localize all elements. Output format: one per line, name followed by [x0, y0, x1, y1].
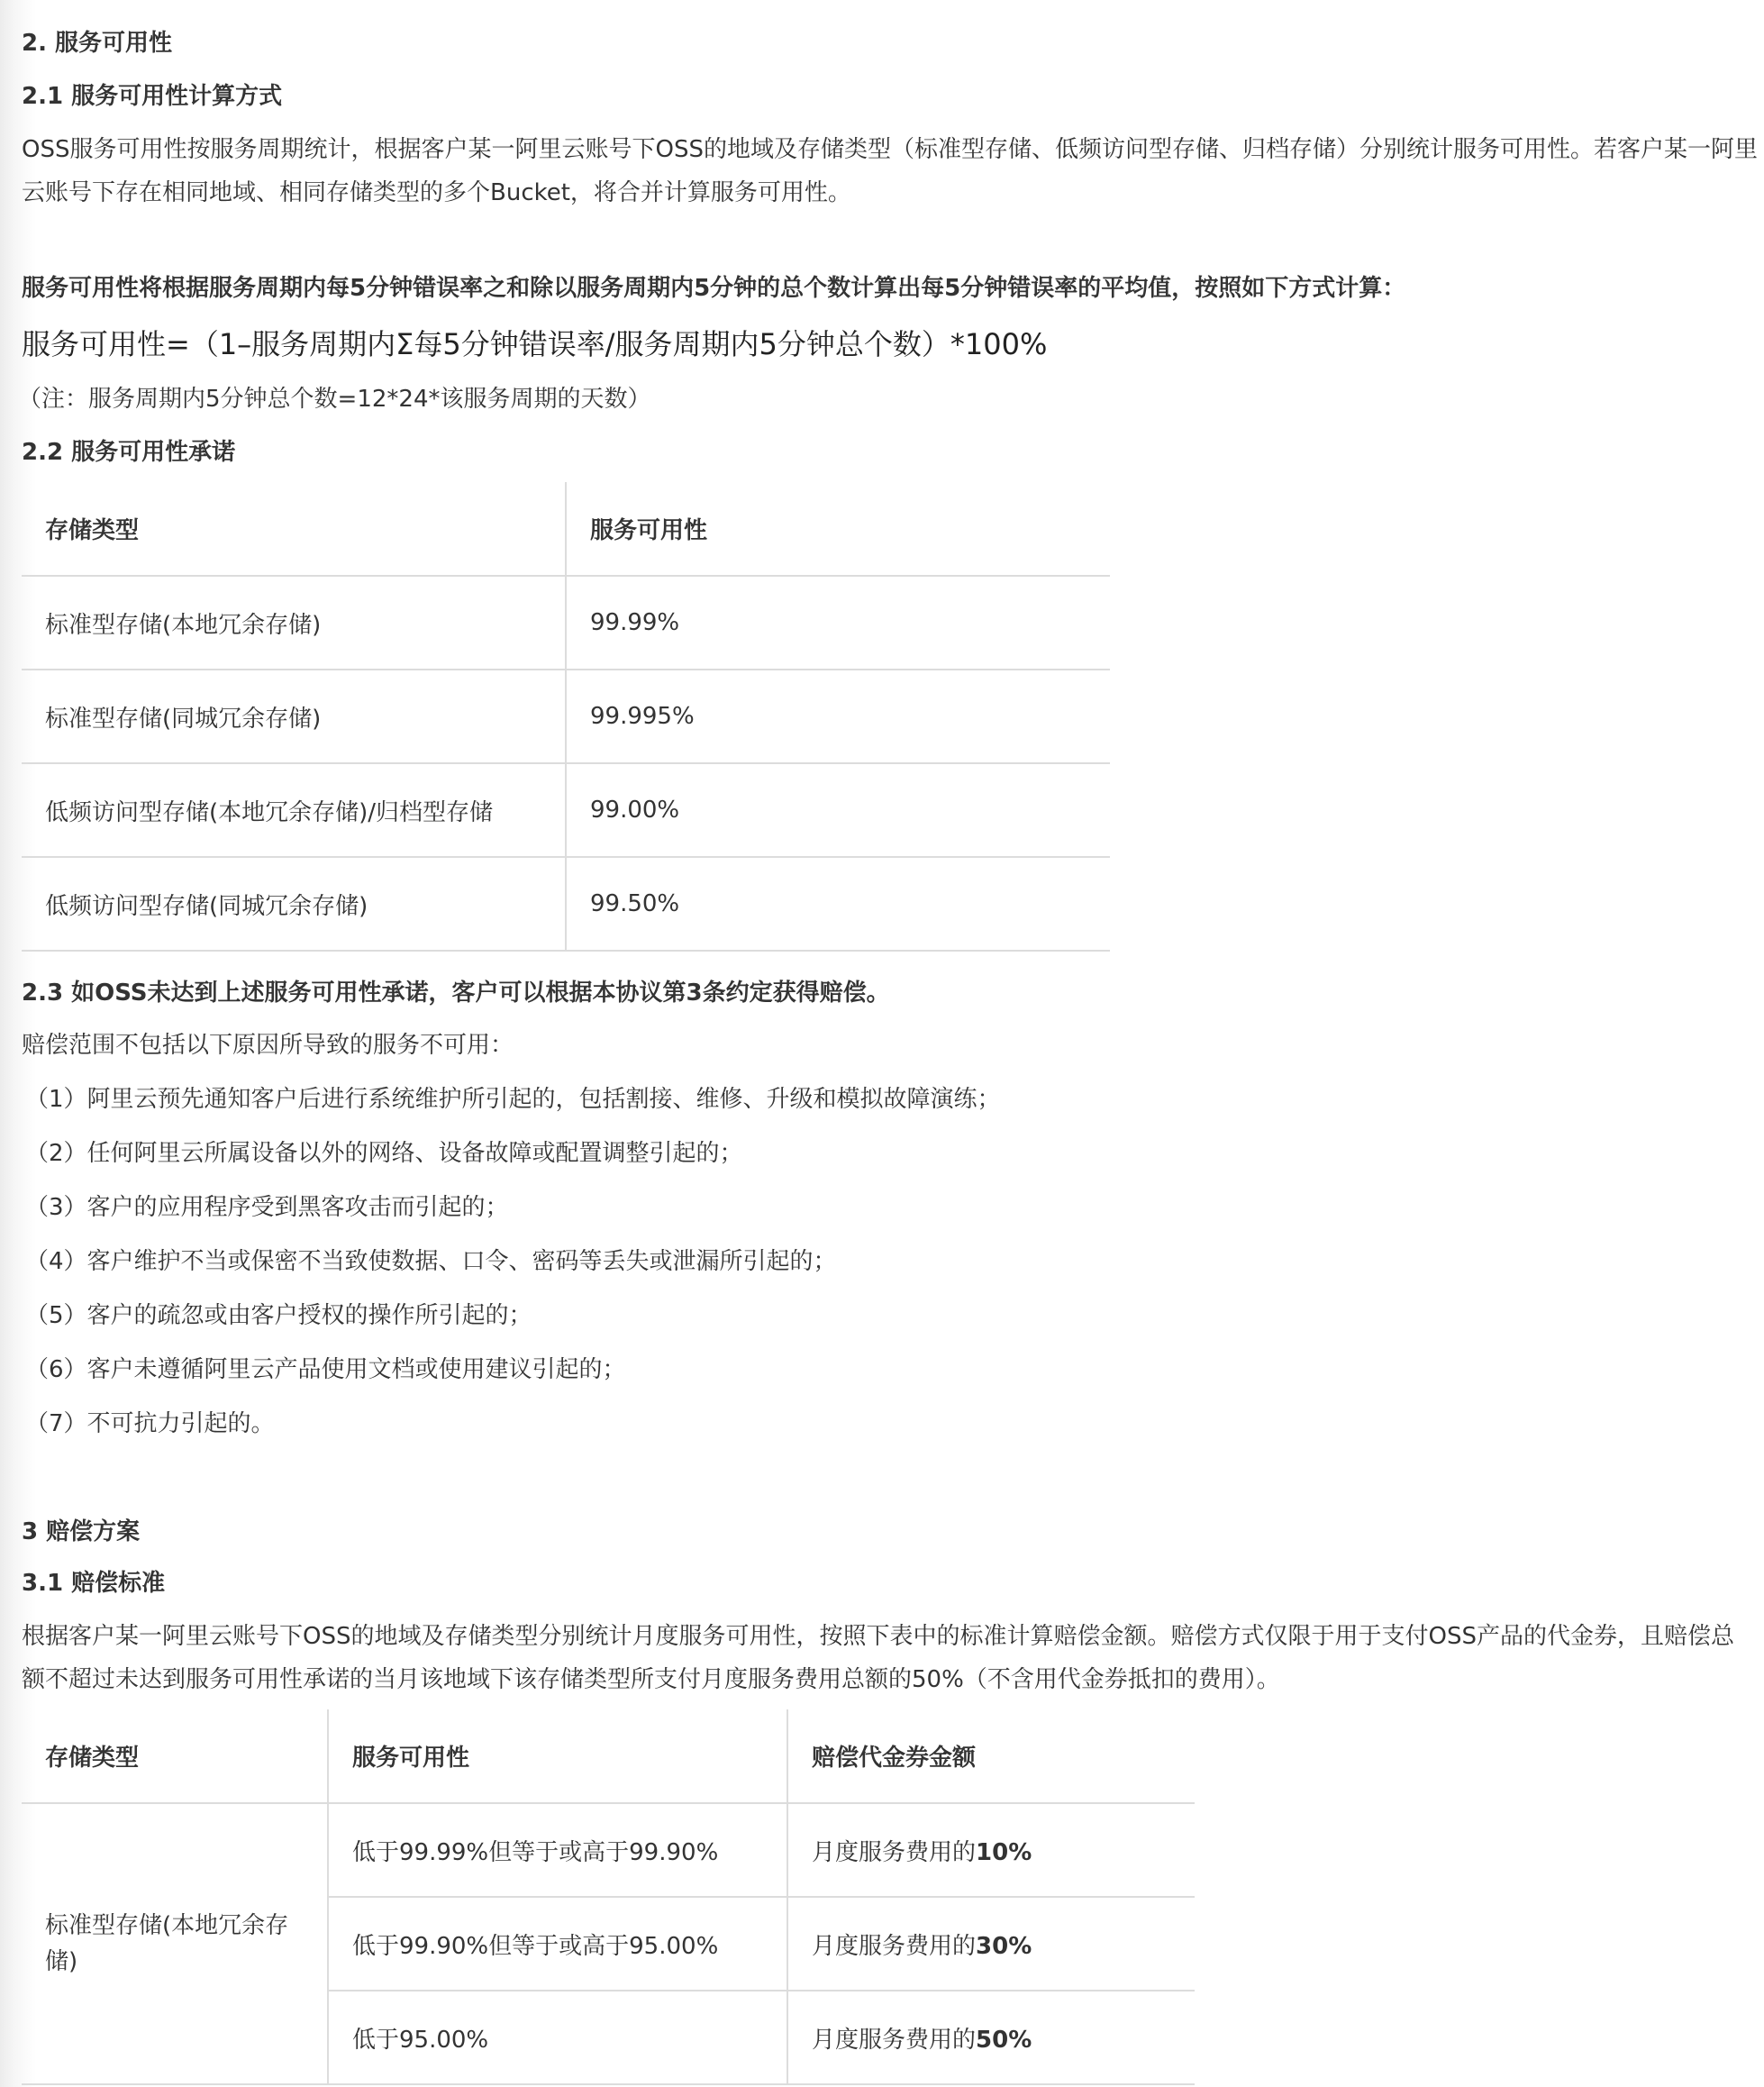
cell-availability-range: 低于99.90%但等于或高于95.00% — [328, 1897, 787, 1991]
exclusion-item: （6）客户未遵循阿里云产品使用文档或使用建议引起的； — [25, 1354, 626, 1385]
exclusion-item: （1）阿里云预先通知客户后进行系统维护所引起的，包括割接、维修、升级和模拟故障演… — [25, 1084, 1001, 1115]
section-3-1-heading: 3.1 赔偿标准 — [22, 1568, 165, 1599]
amount-prefix: 月度服务费用的 — [812, 2027, 976, 2054]
cell-availability: 99.995% — [566, 670, 1110, 763]
exclusion-item: （5）客户的疏忽或由客户授权的操作所引起的； — [25, 1300, 532, 1331]
exclusion-item: （4）客户维护不当或保密不当致使数据、口令、密码等丢失或泄漏所引起的； — [25, 1246, 837, 1277]
cell-storage-type: 标准型存储(本地冗余存储) — [22, 1803, 328, 2084]
header-storage-type: 存储类型 — [22, 482, 566, 576]
cell-storage-type: 低频访问型存储(同城冗余存储) — [22, 857, 566, 951]
amount-value: 10% — [976, 1839, 1032, 1866]
table-row: 标准型存储(本地冗余存储) 低于99.99%但等于或高于99.90% 月度服务费… — [22, 1803, 1195, 1897]
cell-voucher-amount: 月度服务费用的30% — [787, 1897, 1195, 1991]
header-voucher-amount: 赔偿代金券金额 — [787, 1709, 1195, 1803]
cell-voucher-amount: 月度服务费用的10% — [787, 1803, 1195, 1897]
table-header-row: 存储类型 服务可用性 — [22, 482, 1110, 576]
amount-prefix: 月度服务费用的 — [812, 1933, 976, 1960]
cell-availability-range: 低于99.99%但等于或高于99.90% — [328, 1803, 787, 1897]
amount-prefix: 月度服务费用的 — [812, 1839, 976, 1866]
table-row: 低频访问型存储(同城冗余存储) 99.50% — [22, 857, 1110, 951]
cell-availability-range: 低于95.00% — [328, 1991, 787, 2084]
availability-commitment-table: 存储类型 服务可用性 标准型存储(本地冗余存储) 99.99% 标准型存储(同城… — [22, 482, 1110, 952]
formula-note: （注：服务周期内5分钟总个数=12*24*该服务周期的天数） — [18, 384, 651, 415]
amount-value: 50% — [976, 2027, 1032, 2054]
header-storage-type: 存储类型 — [22, 1709, 328, 1803]
cell-voucher-amount: 月度服务费用的50% — [787, 1991, 1195, 2084]
cell-availability: 99.50% — [566, 857, 1110, 951]
cell-availability: 99.99% — [566, 576, 1110, 670]
exclusions-intro: 赔偿范围不包括以下原因所导致的服务不可用： — [22, 1024, 1751, 1067]
table-header-row: 存储类型 服务可用性 赔偿代金券金额 — [22, 1709, 1195, 1803]
exclusion-item: （7）不可抗力引起的。 — [25, 1408, 275, 1439]
exclusion-item: （3）客户的应用程序受到黑客攻击而引起的； — [25, 1192, 509, 1223]
cell-storage-type: 标准型存储(本地冗余存储) — [22, 576, 566, 670]
header-availability: 服务可用性 — [566, 482, 1110, 576]
section-2-heading: 2. 服务可用性 — [22, 28, 172, 59]
section-3-heading: 3 赔偿方案 — [22, 1517, 140, 1547]
amount-value: 30% — [976, 1933, 1032, 1960]
compensation-table: 存储类型 服务可用性 赔偿代金券金额 标准型存储(本地冗余存储) 低于99.99… — [22, 1709, 1195, 2085]
table-row: 低频访问型存储(本地冗余存储)/归档型存储 99.00% — [22, 763, 1110, 857]
header-availability: 服务可用性 — [328, 1709, 787, 1803]
cell-storage-type: 标准型存储(同城冗余存储) — [22, 670, 566, 763]
table-row: 标准型存储(同城冗余存储) 99.995% — [22, 670, 1110, 763]
cell-availability: 99.00% — [566, 763, 1110, 857]
section-2-1-heading: 2.1 服务可用性计算方式 — [22, 81, 282, 112]
section-2-1-paragraph: OSS服务可用性按服务周期统计，根据客户某一阿里云账号下OSS的地域及存储类型（… — [22, 128, 1764, 214]
section-2-2-heading: 2.2 服务可用性承诺 — [22, 437, 235, 468]
availability-formula: 服务可用性=（1–服务周期内Σ每5分钟错误率/服务周期内5分钟总个数）*100% — [22, 326, 1047, 362]
section-3-1-paragraph: 根据客户某一阿里云账号下OSS的地域及存储类型分别统计月度服务可用性，按照下表中… — [22, 1615, 1742, 1701]
cell-storage-type: 低频访问型存储(本地冗余存储)/归档型存储 — [22, 763, 566, 857]
section-2-3-heading: 2.3 如OSS未达到上述服务可用性承诺，客户可以根据本协议第3条约定获得赔偿。 — [22, 978, 890, 1008]
table-row: 标准型存储(本地冗余存储) 99.99% — [22, 576, 1110, 670]
calculation-method-bold-line: 服务可用性将根据服务周期内每5分钟错误率之和除以服务周期内5分钟的总个数计算出每… — [22, 273, 1405, 304]
exclusion-item: （2）任何阿里云所属设备以外的网络、设备故障或配置调整引起的； — [25, 1138, 743, 1169]
